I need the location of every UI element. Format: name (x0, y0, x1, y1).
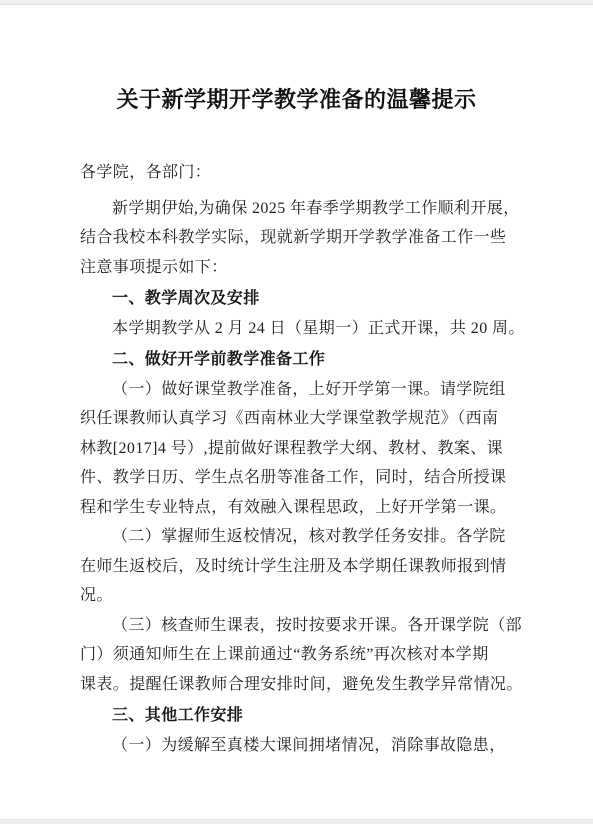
doc-line: 结合我校本科教学实际，现就新学期开学教学准备工作一些 (80, 223, 513, 253)
doc-line: 件、教学日历、学生点名册等准备工作，同时，结合所授课 (80, 463, 513, 493)
document-body: 各学院，各部门：新学期伊始,为确保 2025 年春季学期教学工作顺利开展，结合我… (80, 158, 513, 760)
doc-line: （二）掌握师生返校情况，核对教学任务安排。各学院 (80, 522, 513, 552)
doc-line: 本学期教学从 2 月 24 日（星期一）正式开课，共 20 周。 (80, 314, 513, 344)
section-heading: 三、其他工作安排 (80, 701, 513, 731)
page-bottom-edge (0, 819, 593, 824)
doc-line: 门）须通知师生在上课前通过“教务系统”再次核对本学期 (80, 640, 513, 670)
doc-line: （三）核查师生课表，按时按要求开课。各开课学院（部 (80, 611, 513, 641)
doc-line: 程和学生专业特点，有效融入课程思政，上好开学第一课。 (80, 493, 513, 523)
doc-line: 课表。提醒任课教师合理安排时间，避免发生教学异常情况。 (80, 670, 513, 700)
doc-line: 林教[2017]4 号）,提前做好课程教学大纲、教材、教案、课 (80, 434, 513, 464)
doc-line: 在师生返校后，及时统计学生注册及本学期任课教师报到情 (80, 552, 513, 582)
doc-line: 新学期伊始,为确保 2025 年春季学期教学工作顺利开展， (80, 194, 513, 224)
section-heading: 一、教学周次及安排 (80, 284, 513, 314)
doc-line: 况。 (80, 581, 513, 611)
document-viewport: 关于新学期开学教学准备的温馨提示 各学院，各部门：新学期伊始,为确保 2025 … (0, 0, 593, 824)
document-title: 关于新学期开学教学准备的温馨提示 (80, 84, 513, 116)
doc-line: 注意事项提示如下： (80, 253, 513, 283)
document-page: 关于新学期开学教学准备的温馨提示 各学院，各部门：新学期伊始,为确保 2025 … (0, 0, 593, 824)
salutation: 各学院，各部门： (80, 158, 513, 188)
section-heading: 二、做好开学前教学准备工作 (80, 345, 513, 375)
doc-line: 织任课教师认真学习《西南林业大学课堂教学规范》（西南 (80, 404, 513, 434)
doc-line: （一）为缓解至真楼大课间拥堵情况，消除事故隐患， (80, 731, 513, 761)
doc-line: （一）做好课堂教学准备，上好开学第一课。请学院组 (80, 375, 513, 405)
